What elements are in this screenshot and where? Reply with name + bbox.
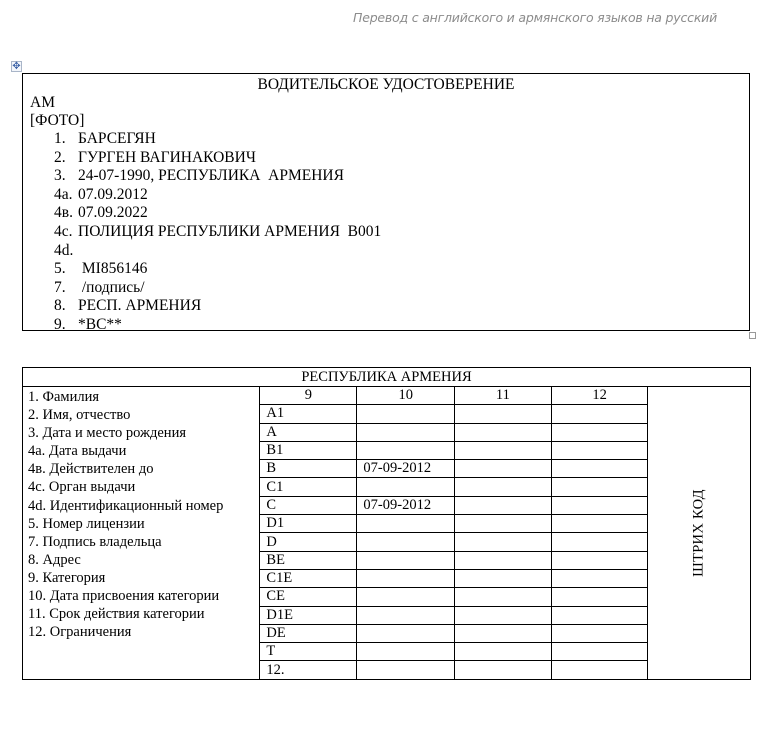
category-c12-cell (551, 423, 648, 441)
category-c10-cell (357, 661, 455, 679)
field-legend-item: 7. Подпись владельца (28, 533, 259, 551)
category-c12-cell (551, 606, 648, 624)
category-c12-cell (551, 624, 648, 642)
field-legend-item: 2. Имя, отчество (28, 406, 259, 424)
license-photo-placeholder: [ФОТО] (30, 112, 84, 130)
category-code: BE (260, 551, 357, 569)
license-item-number: 1. (54, 130, 78, 148)
license-item-value: /подпись/ (78, 279, 145, 296)
category-c12-cell (551, 405, 648, 423)
license-item: 7. /подпись/ (54, 279, 145, 297)
field-legend-item: 1. Фамилия (28, 388, 259, 406)
field-legend: 1. Фамилия2. Имя, отчество3. Дата и мест… (23, 387, 260, 680)
category-c10-cell (357, 441, 455, 459)
category-c10-cell (357, 606, 455, 624)
category-code: C1E (260, 569, 357, 587)
back-title: РЕСПУБЛИКА АРМЕНИЯ (23, 368, 751, 387)
license-item-number: 8. (54, 297, 78, 315)
license-item-number: 4а. (54, 186, 78, 204)
category-c11-cell (455, 515, 552, 533)
license-item-value: *BC** (78, 316, 122, 333)
category-code: C (260, 496, 357, 514)
category-c11-cell (455, 460, 552, 478)
license-item-number: 5. (54, 260, 78, 278)
category-c12-cell (551, 569, 648, 587)
license-item-number: 3. (54, 167, 78, 185)
category-c10-cell (357, 551, 455, 569)
license-item-number: 4в. (54, 204, 78, 222)
field-legend-item: 10. Дата присвоения категории (28, 587, 259, 605)
category-c10-cell (357, 569, 455, 587)
category-code: D1E (260, 606, 357, 624)
license-item: 5. MI856146 (54, 260, 147, 278)
license-item: 8.РЕСП. АРМЕНИЯ (54, 297, 201, 315)
license-back-table: РЕСПУБЛИКА АРМЕНИЯ 1. Фамилия2. Имя, отч… (22, 367, 751, 680)
license-item: 4d. (54, 242, 78, 260)
category-c11-cell (455, 624, 552, 642)
license-item-value: ПОЛИЦИЯ РЕСПУБЛИКИ АРМЕНИЯ B001 (78, 223, 381, 240)
category-code: D1 (260, 515, 357, 533)
license-item-number: 7. (54, 279, 78, 297)
category-c11-cell (455, 441, 552, 459)
barcode-label: ШТРИХ КОД (691, 489, 708, 577)
field-legend-item: 4а. Дата выдачи (28, 442, 259, 460)
category-c11-cell (455, 533, 552, 551)
column-header-12: 12 (551, 387, 648, 405)
category-c11-cell (455, 643, 552, 661)
category-c11-cell (455, 405, 552, 423)
category-code: 12. (260, 661, 357, 679)
category-c10-cell (357, 533, 455, 551)
category-c10-cell: 07-09-2012 (357, 496, 455, 514)
category-c12-cell (551, 478, 648, 496)
field-legend-item: 4с. Орган выдачи (28, 478, 259, 496)
category-code: C1 (260, 478, 357, 496)
category-c12-cell (551, 533, 648, 551)
column-header-9: 9 (260, 387, 357, 405)
category-c12-cell (551, 643, 648, 661)
license-item: 9.*BC** (54, 316, 122, 334)
license-item: 1.БАРСЕГЯН (54, 130, 156, 148)
category-c12-cell (551, 515, 648, 533)
license-front-box: ВОДИТЕЛЬСКОЕ УДОСТОВЕРЕНИЕ AM [ФОТО] 1.Б… (22, 73, 750, 331)
category-c12-cell (551, 441, 648, 459)
category-c12-cell (551, 588, 648, 606)
field-legend-item: 8. Адрес (28, 551, 259, 569)
category-c11-cell (455, 551, 552, 569)
license-item-value: ГУРГЕН ВАГИНАКОВИЧ (78, 149, 256, 166)
license-item-number: 2. (54, 149, 78, 167)
table-resize-handle[interactable] (749, 332, 756, 339)
license-item: 4в.07.09.2022 (54, 204, 148, 222)
license-item-number: 4с. (54, 223, 78, 241)
field-legend-item: 5. Номер лицензии (28, 515, 259, 533)
field-legend-item: 11. Срок действия категории (28, 605, 259, 623)
category-c11-cell (455, 661, 552, 679)
license-country-code: AM (30, 94, 55, 112)
license-item-number: 9. (54, 316, 78, 334)
category-code: B1 (260, 441, 357, 459)
license-item-value: 24-07-1990, РЕСПУБЛИКА АРМЕНИЯ (78, 167, 344, 184)
license-item-value: 07.09.2022 (78, 204, 148, 221)
license-item: 2.ГУРГЕН ВАГИНАКОВИЧ (54, 149, 256, 167)
category-c12-cell (551, 460, 648, 478)
license-item: 3.24-07-1990, РЕСПУБЛИКА АРМЕНИЯ (54, 167, 344, 185)
category-c10-cell: 07-09-2012 (357, 460, 455, 478)
category-c11-cell (455, 423, 552, 441)
license-item: 4с.ПОЛИЦИЯ РЕСПУБЛИКИ АРМЕНИЯ B001 (54, 223, 381, 241)
license-item: 4а.07.09.2012 (54, 186, 148, 204)
barcode-area: ШТРИХ КОД (648, 387, 751, 680)
category-code: B (260, 460, 357, 478)
category-c10-cell (357, 624, 455, 642)
category-code: CE (260, 588, 357, 606)
category-c10-cell (357, 515, 455, 533)
category-c11-cell (455, 569, 552, 587)
category-c10-cell (357, 478, 455, 496)
category-c10-cell (357, 423, 455, 441)
category-c12-cell (551, 551, 648, 569)
category-code: DE (260, 624, 357, 642)
column-header-10: 10 (357, 387, 455, 405)
license-title: ВОДИТЕЛЬСКОЕ УДОСТОВЕРЕНИЕ (23, 76, 749, 94)
category-code: D (260, 533, 357, 551)
table-move-handle-icon[interactable]: ✥ (11, 61, 22, 72)
license-item-value: 07.09.2012 (78, 186, 148, 203)
category-code: A1 (260, 405, 357, 423)
category-code: T (260, 643, 357, 661)
category-c12-cell (551, 661, 648, 679)
license-item-value: MI856146 (78, 260, 147, 277)
category-c11-cell (455, 588, 552, 606)
category-c11-cell (455, 496, 552, 514)
category-code: A (260, 423, 357, 441)
field-legend-item: 12. Ограничения (28, 623, 259, 641)
field-legend-item: 4в. Действителен до (28, 460, 259, 478)
field-legend-item: 9. Категория (28, 569, 259, 587)
category-c12-cell (551, 496, 648, 514)
field-legend-item: 3. Дата и место рождения (28, 424, 259, 442)
category-c10-cell (357, 643, 455, 661)
translation-header-note: Перевод с английского и армянского языко… (353, 10, 717, 25)
field-legend-item: 4d. Идентификационный номер (28, 497, 259, 515)
category-c11-cell (455, 606, 552, 624)
license-item-value: БАРСЕГЯН (78, 130, 156, 147)
category-c10-cell (357, 588, 455, 606)
column-header-11: 11 (455, 387, 552, 405)
license-item-value: РЕСП. АРМЕНИЯ (78, 297, 201, 314)
category-c10-cell (357, 405, 455, 423)
license-item-number: 4d. (54, 242, 78, 260)
category-c11-cell (455, 478, 552, 496)
